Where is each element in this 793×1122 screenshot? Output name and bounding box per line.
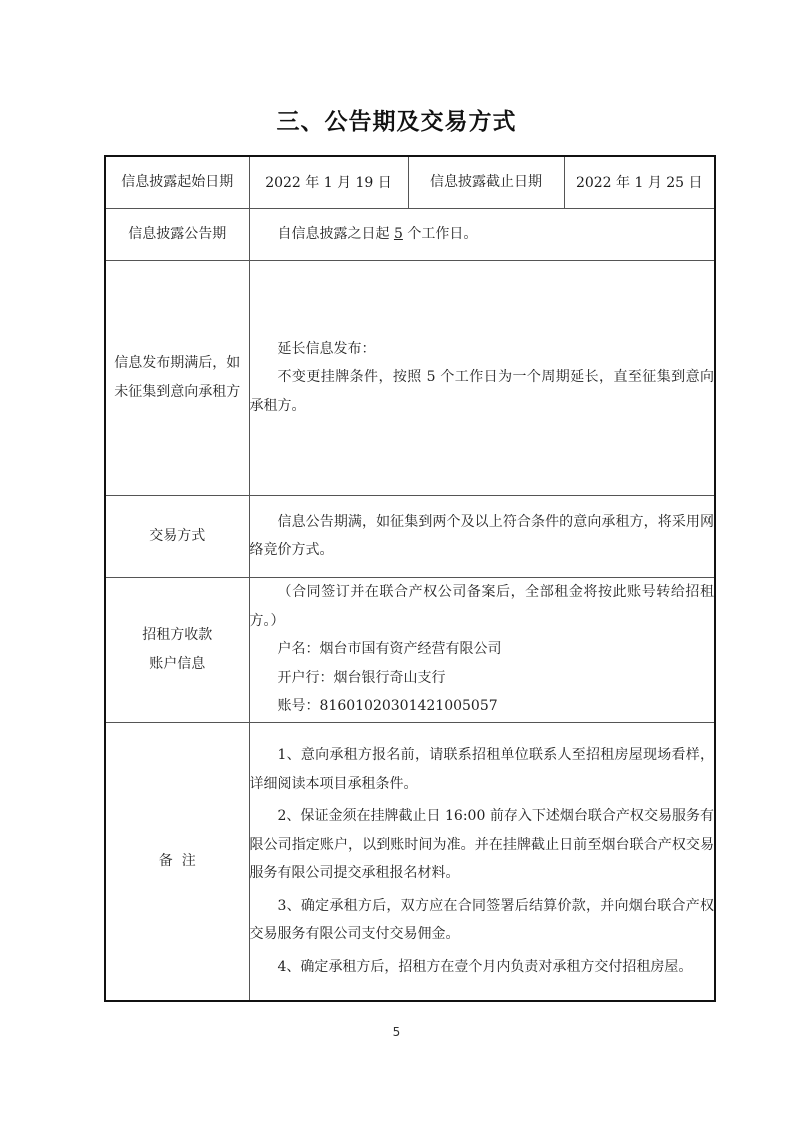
row-disclosure-dates: 信息披露起始日期 2022 年 1 月 19 日 信息披露截止日期 2022 年… (105, 156, 715, 208)
method-content: 信息公告期满，如征集到两个及以上符合条件的意向承租方，将采用网络竞价方式。 (249, 495, 715, 577)
remarks-item-2: 2、保证金须在挂牌截止日 16:00 前存入下述烟台联合产权交易服务有限公司指定… (250, 802, 715, 888)
remarks-item-4: 4、确定承租方后，招租方在壹个月内负责对承租方交付招租房屋。 (250, 953, 715, 982)
section-title: 三、公告期及交易方式 (0, 103, 793, 136)
remarks-item-1: 1、意向承租方报名前，请联系招租单位联系人至招租房屋现场看样，详细阅读本项目承租… (250, 741, 715, 798)
end-date-value: 2022 年 1 月 25 日 (564, 156, 715, 208)
account-content: （合同签订并在联合产权公司备案后，全部租金将按此账号转给招租方。） 户名：烟台市… (249, 577, 715, 722)
extension-paragraph-2: 不变更挂牌条件，按照 5 个工作日为一个周期延长，直至征集到意向承租方。 (250, 363, 715, 420)
period-text-before: 自信息披露之日起 (278, 226, 390, 242)
method-label: 交易方式 (105, 495, 249, 577)
page-number: 5 (0, 1025, 793, 1039)
extension-paragraph-1: 延长信息发布： (250, 335, 715, 364)
account-bank: 开户行：烟台银行奇山支行 (250, 664, 715, 693)
period-text-after: 个工作日。 (407, 226, 477, 242)
announcement-table: 信息披露起始日期 2022 年 1 月 19 日 信息披露截止日期 2022 年… (104, 155, 716, 1002)
account-number: 账号：81601020301421005057 (250, 692, 715, 721)
remarks-label: 备 注 (105, 722, 249, 1001)
start-date-label: 信息披露起始日期 (105, 156, 249, 208)
period-label: 信息披露公告期 (105, 208, 249, 260)
row-trading-method: 交易方式 信息公告期满，如征集到两个及以上符合条件的意向承租方，将采用网络竞价方… (105, 495, 715, 577)
account-label-line1: 招租方收款 (106, 621, 249, 650)
row-extension: 信息发布期满后，如未征集到意向承租方 延长信息发布： 不变更挂牌条件，按照 5 … (105, 260, 715, 495)
start-date-value: 2022 年 1 月 19 日 (249, 156, 408, 208)
period-content: 自信息披露之日起 5 个工作日。 (249, 208, 715, 260)
account-label: 招租方收款 账户信息 (105, 577, 249, 722)
row-disclosure-period: 信息披露公告期 自信息披露之日起 5 个工作日。 (105, 208, 715, 260)
row-account-info: 招租方收款 账户信息 （合同签订并在联合产权公司备案后，全部租金将按此账号转给招… (105, 577, 715, 722)
end-date-label: 信息披露截止日期 (408, 156, 564, 208)
extension-label: 信息发布期满后，如未征集到意向承租方 (105, 260, 249, 495)
method-paragraph-1: 信息公告期满，如征集到两个及以上符合条件的意向承租方，将采用网络竞价方式。 (250, 508, 715, 565)
account-note: （合同签订并在联合产权公司备案后，全部租金将按此账号转给招租方。） (250, 578, 715, 635)
account-label-line2: 账户信息 (106, 650, 249, 679)
extension-content: 延长信息发布： 不变更挂牌条件，按照 5 个工作日为一个周期延长，直至征集到意向… (249, 260, 715, 495)
row-remarks: 备 注 1、意向承租方报名前，请联系招租单位联系人至招租房屋现场看样，详细阅读本… (105, 722, 715, 1001)
period-days: 5 (394, 226, 403, 242)
account-name: 户名：烟台市国有资产经营有限公司 (250, 635, 715, 664)
remarks-content: 1、意向承租方报名前，请联系招租单位联系人至招租房屋现场看样，详细阅读本项目承租… (249, 722, 715, 1001)
remarks-item-3: 3、确定承租方后，双方应在合同签署后结算价款，并向烟台联合产权交易服务有限公司支… (250, 892, 715, 949)
